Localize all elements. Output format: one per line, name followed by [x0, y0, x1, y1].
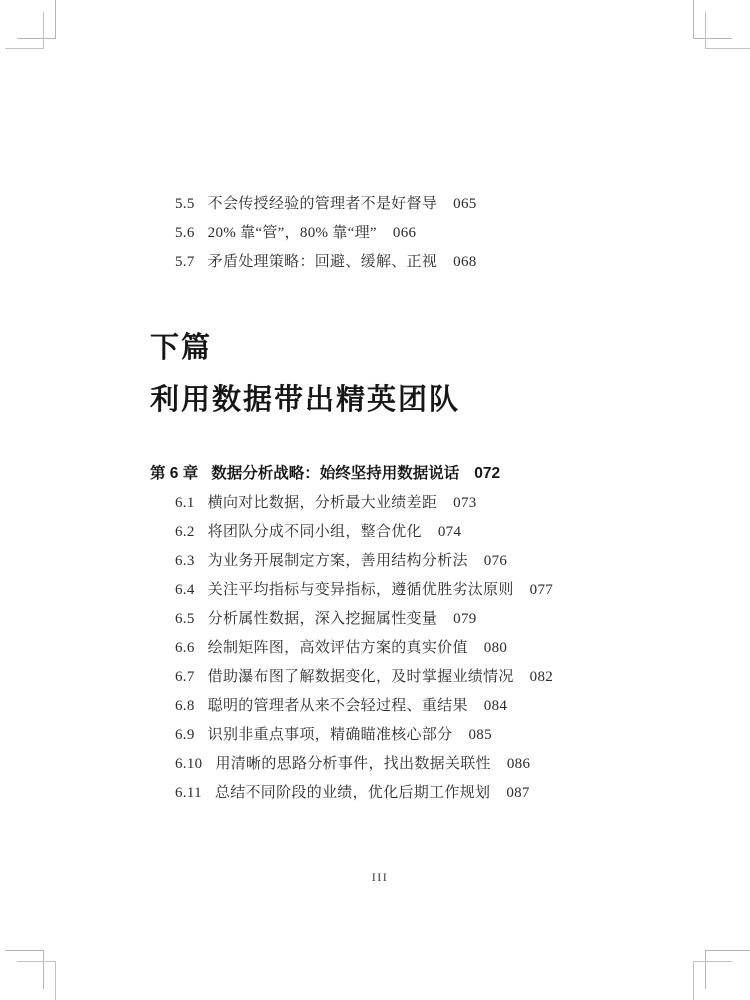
chapter-heading: 第 6 章 数据分析战略：始终坚持用数据说话 072 — [150, 459, 500, 488]
toc-entry: 6.9 识别非重点事项，精确瞄准核心部分 085 — [175, 721, 553, 750]
toc-entry-page: 079 — [453, 605, 476, 634]
part-heading: 下篇 利用数据带出精英团队 — [150, 330, 460, 418]
crop-mark-top-left-inner — [5, 12, 44, 49]
toc-entry: 6.2 将团队分成不同小组，整合优化 074 — [175, 518, 553, 547]
page-number: III — [150, 870, 610, 885]
toc-entry: 5.6 20% 靠“管”，80% 靠“理” 066 — [175, 219, 477, 248]
toc-entry: 6.10 用清晰的思路分析事件，找出数据关联性 086 — [175, 750, 553, 779]
toc-entry-number: 6.11 — [175, 779, 202, 808]
toc-entry: 6.8 聪明的管理者从来不会轻过程、重结果 084 — [175, 692, 553, 721]
toc-entry-number: 6.8 — [175, 692, 195, 721]
toc-entry-title: 将团队分成不同小组，整合优化 — [208, 518, 422, 547]
toc-entry-page: 084 — [484, 692, 507, 721]
toc-entry: 6.5 分析属性数据，深入挖掘属性变量 079 — [175, 605, 553, 634]
toc-entry-title: 为业务开展制定方案，善用结构分析法 — [208, 547, 468, 576]
toc-entry-page: 077 — [530, 576, 553, 605]
toc-entry-number: 5.7 — [175, 248, 195, 277]
toc-entry-page: 066 — [393, 219, 416, 248]
toc-entry-title: 矛盾处理策略：回避、缓解、正视 — [208, 248, 438, 277]
toc-entry: 6.3 为业务开展制定方案，善用结构分析法 076 — [175, 547, 553, 576]
toc-entry: 6.4 关注平均指标与变异指标，遵循优胜劣汰原则 077 — [175, 576, 553, 605]
toc-entry-page: 068 — [453, 248, 476, 277]
part-label: 下篇 — [150, 330, 460, 366]
toc-entry-title: 分析属性数据，深入挖掘属性变量 — [208, 605, 438, 634]
toc-entry-title: 总结不同阶段的业绩，优化后期工作规划 — [215, 779, 490, 808]
toc-entry-number: 6.10 — [175, 750, 202, 779]
toc-entry: 6.1 横向对比数据，分析最大业绩差距 073 — [175, 489, 553, 518]
toc-entry-title: 不会传授经验的管理者不是好督导 — [208, 190, 438, 219]
toc-entry-title: 借助瀑布图了解数据变化，及时掌握业绩情况 — [208, 663, 514, 692]
toc-entry-page: 087 — [506, 779, 529, 808]
crop-mark-bottom-left-inner — [17, 961, 56, 1000]
toc-entry-number: 6.7 — [175, 663, 195, 692]
toc-entry-title: 关注平均指标与变异指标，遵循优胜劣汰原则 — [208, 576, 514, 605]
toc-entry-title: 聪明的管理者从来不会轻过程、重结果 — [208, 692, 468, 721]
toc-entry-page: 080 — [484, 634, 507, 663]
crop-mark-bottom-right-inner — [693, 961, 732, 1000]
toc-entry: 5.5 不会传授经验的管理者不是好督导 065 — [175, 190, 477, 219]
toc-entry-page: 074 — [438, 518, 461, 547]
toc-list-chapter-6: 6.1 横向对比数据，分析最大业绩差距 073 6.2 将团队分成不同小组，整合… — [175, 489, 553, 808]
book-page: 5.5 不会传授经验的管理者不是好督导 065 5.6 20% 靠“管”，80%… — [0, 0, 750, 1000]
toc-entry-page: 073 — [453, 489, 476, 518]
toc-entry-number: 6.1 — [175, 489, 195, 518]
toc-entry: 6.6 绘制矩阵图，高效评估方案的真实价值 080 — [175, 634, 553, 663]
toc-entry-title: 横向对比数据，分析最大业绩差距 — [208, 489, 438, 518]
toc-entry: 6.7 借助瀑布图了解数据变化，及时掌握业绩情况 082 — [175, 663, 553, 692]
toc-entry-number: 6.6 — [175, 634, 195, 663]
toc-list-previous-chapter: 5.5 不会传授经验的管理者不是好督导 065 5.6 20% 靠“管”，80%… — [175, 190, 477, 277]
toc-entry: 6.11 总结不同阶段的业绩，优化后期工作规划 087 — [175, 779, 553, 808]
crop-mark-top-right-inner — [705, 12, 750, 49]
toc-entry-title: 识别非重点事项，精确瞄准核心部分 — [208, 721, 453, 750]
toc-entry-page: 086 — [507, 750, 530, 779]
toc-entry-title: 20% 靠“管”，80% 靠“理” — [208, 219, 377, 248]
toc-entry-number: 5.6 — [175, 219, 195, 248]
toc-entry-number: 6.9 — [175, 721, 195, 750]
toc-entry-number: 6.4 — [175, 576, 195, 605]
toc-entry-page: 065 — [453, 190, 476, 219]
chapter-title: 数据分析战略：始终坚持用数据说话 — [211, 459, 459, 488]
toc-entry: 5.7 矛盾处理策略：回避、缓解、正视 068 — [175, 248, 477, 277]
toc-entry-title: 用清晰的思路分析事件，找出数据关联性 — [215, 750, 490, 779]
toc-entry-number: 6.2 — [175, 518, 195, 547]
toc-entry-title: 绘制矩阵图，高效评估方案的真实价值 — [208, 634, 468, 663]
toc-entry-page: 085 — [468, 721, 491, 750]
toc-entry-number: 6.3 — [175, 547, 195, 576]
toc-entry-number: 6.5 — [175, 605, 195, 634]
chapter-label: 第 6 章 — [150, 459, 198, 488]
toc-entry-number: 5.5 — [175, 190, 195, 219]
toc-entry-page: 082 — [530, 663, 553, 692]
part-title: 利用数据带出精英团队 — [150, 382, 460, 418]
toc-entry-page: 076 — [484, 547, 507, 576]
chapter-page: 072 — [474, 459, 500, 488]
